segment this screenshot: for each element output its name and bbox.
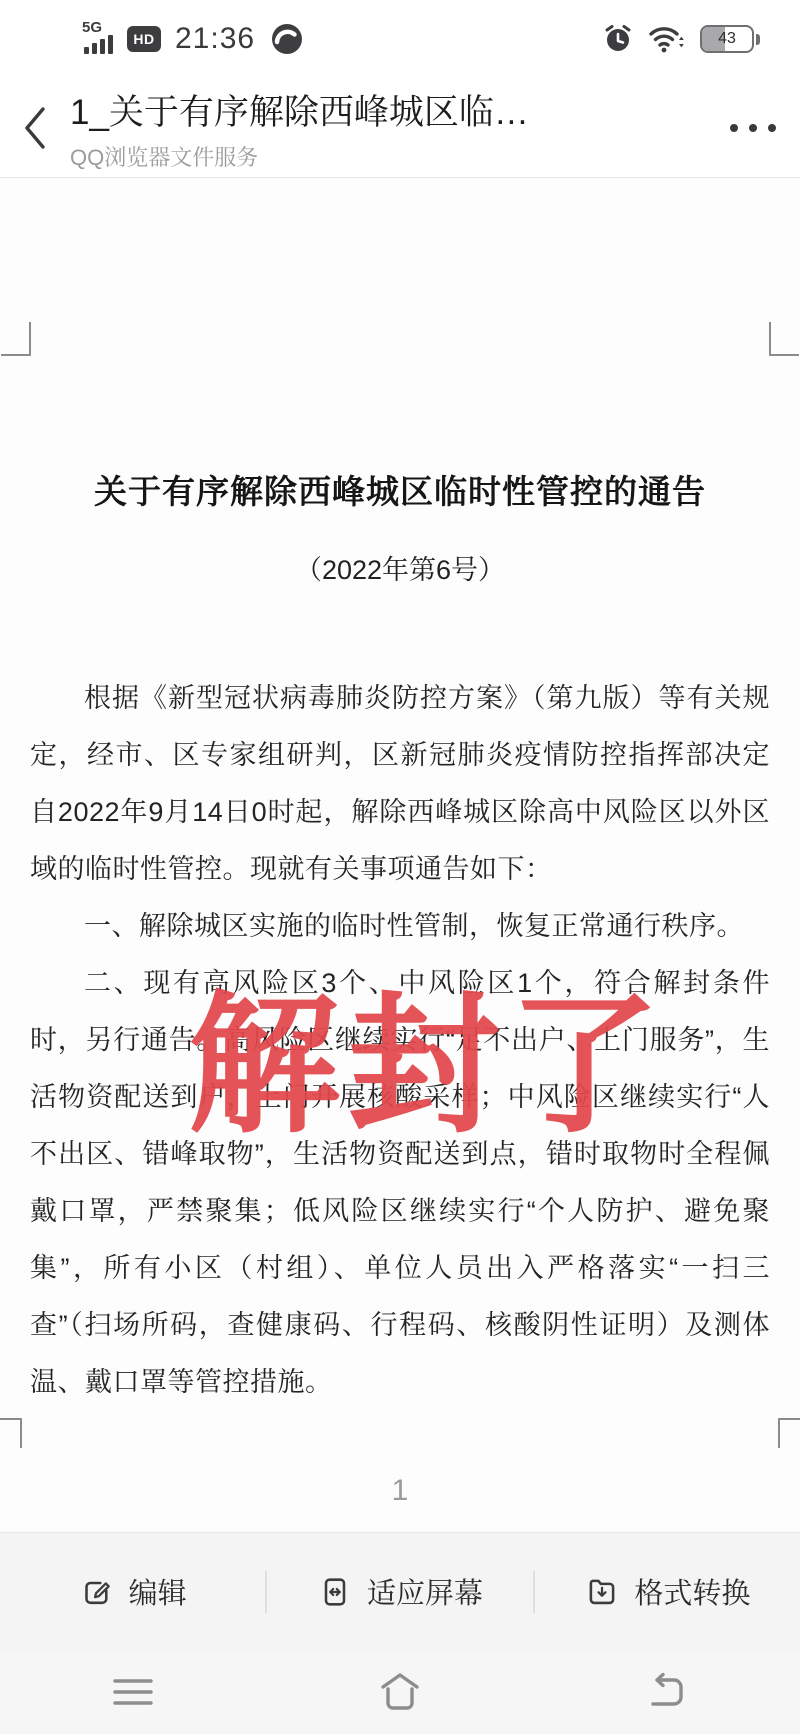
edit-pencil-icon [79, 1574, 115, 1610]
file-download-icon [584, 1574, 620, 1610]
home-icon [375, 1670, 425, 1714]
home-button[interactable] [267, 1650, 534, 1734]
status-bar-right: 43 [602, 22, 760, 56]
format-convert-button[interactable]: 格式转换 [535, 1533, 800, 1650]
android-nav-bar [0, 1650, 800, 1734]
document-title: 关于有序解除西峰城区临时性管控的通告 [30, 466, 770, 513]
app-header: 1_关于有序解除西峰城区临… QQ浏览器文件服务 [0, 78, 800, 178]
signal-5g-icon: 5G [84, 25, 113, 54]
back-button[interactable] [0, 78, 70, 177]
edit-button[interactable]: 编辑 [0, 1533, 265, 1650]
alarm-clock-icon [602, 23, 634, 55]
network-label: 5G [82, 19, 102, 36]
fit-screen-label: 适应屏幕 [367, 1571, 483, 1612]
paragraph: 二、现有高风险区3个、中风险区1个，符合解封条件时，另行通告。高风险区继续实行“… [30, 955, 770, 1411]
edit-label: 编辑 [129, 1571, 187, 1612]
phone-screen: 5G HD 21:36 [0, 0, 800, 1734]
fit-screen-button[interactable]: 适应屏幕 [267, 1533, 532, 1650]
page-number: 1 [0, 1474, 800, 1508]
page-corner-mark [1, 322, 31, 356]
paragraph: 根据《新型冠状病毒肺炎防控方案》（第九版）等有关规定，经市、区专家组研判，区新冠… [30, 670, 770, 898]
document-page[interactable]: 关于有序解除西峰城区临时性管控的通告 （2022年第6号） 根据《新型冠状病毒肺… [0, 178, 800, 1532]
battery-icon: 43 [700, 25, 760, 53]
qq-browser-logo [269, 21, 305, 57]
paragraph: 一、解除城区实施的临时性管制，恢复正常通行秩序。 [30, 898, 770, 955]
menu-icon [109, 1672, 157, 1712]
document-body: 根据《新型冠状病毒肺炎防控方案》（第九版）等有关规定，经市、区专家组研判，区新冠… [30, 670, 770, 1411]
file-title: 1_关于有序解除西峰城区临… [70, 85, 705, 135]
file-source-label: QQ浏览器文件服务 [70, 141, 705, 172]
more-menu-button[interactable] [705, 78, 800, 177]
page-corner-mark [769, 322, 799, 356]
page-corner-mark [778, 1418, 800, 1448]
document-issue-number: （2022年第6号） [0, 548, 800, 587]
recent-apps-button[interactable] [0, 1650, 267, 1734]
page-corner-mark [0, 1418, 22, 1448]
bottom-toolbar: 编辑 适应屏幕 格式转换 [0, 1532, 800, 1650]
more-dots-icon [730, 124, 738, 132]
wifi-icon [648, 22, 686, 56]
status-bar: 5G HD 21:36 [0, 0, 800, 78]
format-convert-label: 格式转换 [634, 1571, 750, 1612]
status-bar-left: 5G HD 21:36 [84, 21, 305, 57]
return-arrow-icon [644, 1672, 690, 1712]
hd-badge: HD [127, 26, 161, 52]
back-nav-button[interactable] [533, 1650, 800, 1734]
status-time: 21:36 [175, 22, 255, 56]
fit-screen-icon [317, 1574, 353, 1610]
chevron-left-icon [21, 104, 49, 152]
battery-percent: 43 [718, 30, 736, 48]
header-titles: 1_关于有序解除西峰城区临… QQ浏览器文件服务 [70, 83, 705, 172]
